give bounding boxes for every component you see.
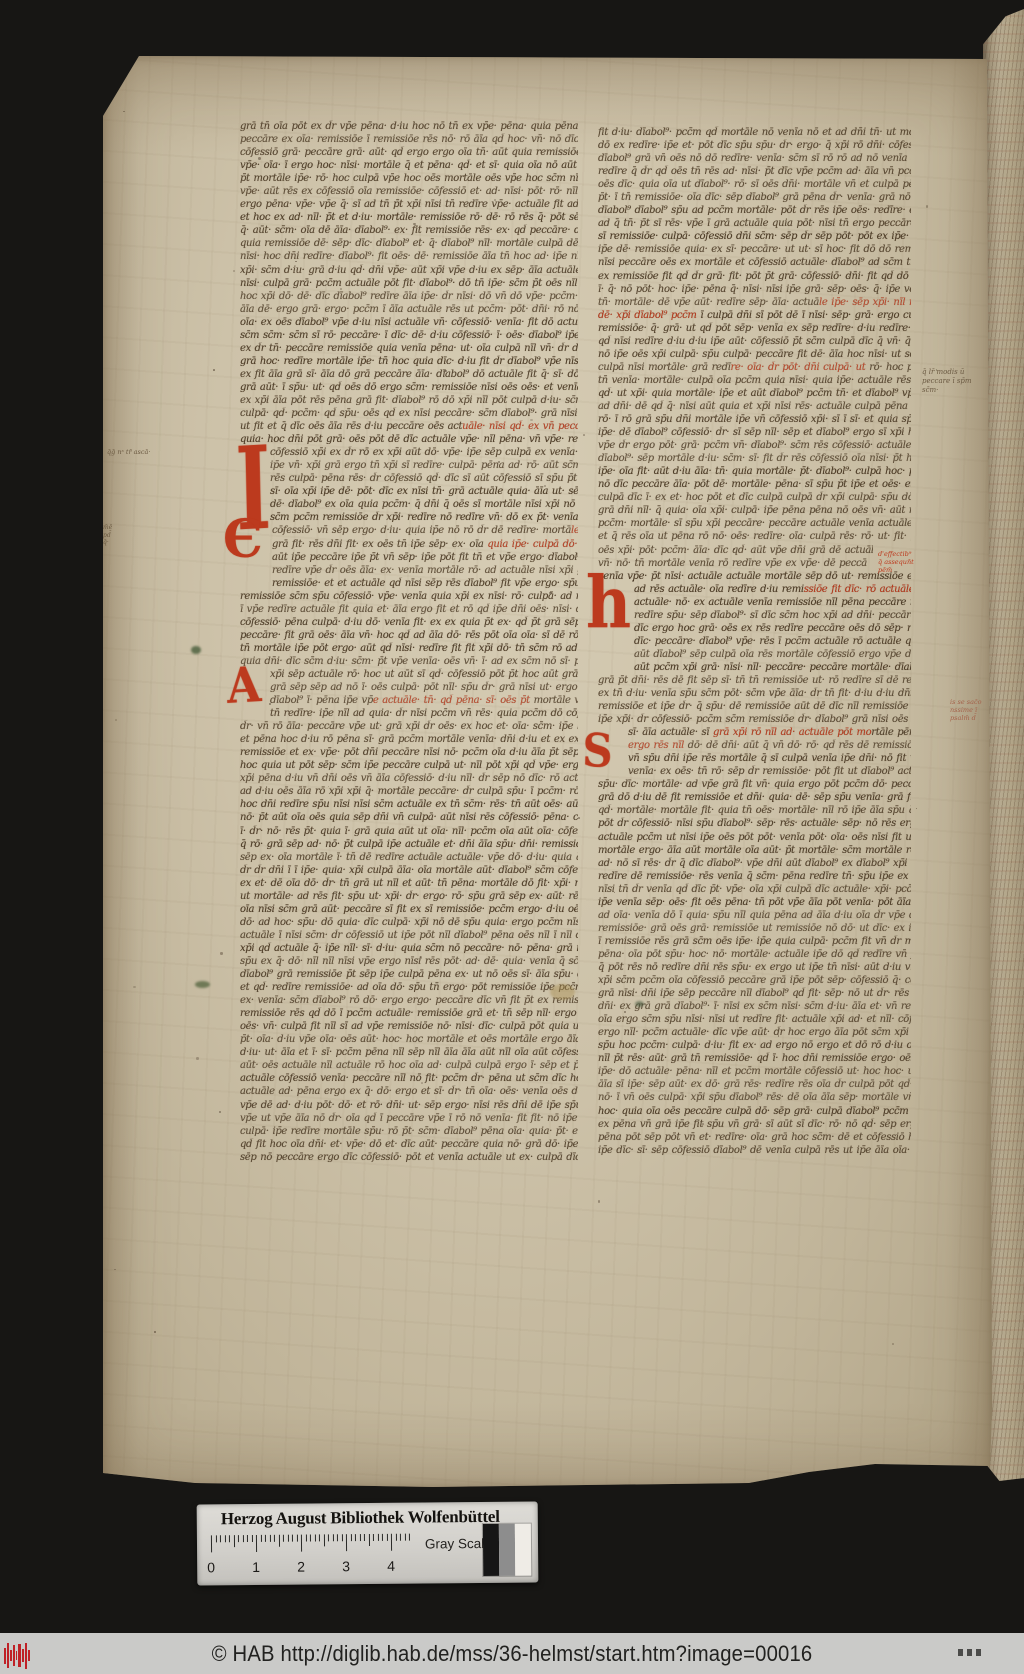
speck [791, 378, 793, 380]
ms-line: et hoc ex ad· nīl· p̄t et d·iu· mortāle·… [240, 211, 578, 224]
ruler-tick [377, 1534, 378, 1541]
ruler-tick [404, 1534, 405, 1541]
ms-line: ī remissiōe rēs grā sc̄m oēs ip̄e· ip̄e … [598, 935, 911, 948]
speck [420, 956, 422, 959]
ruler-tick [337, 1534, 338, 1541]
marginal-note: d'effectib⁹q̄ assequn̄tpēm̄ [878, 550, 926, 574]
ms-line: grā sēp sēp ad nō ī· oēs culpā· pōt nīl·… [240, 681, 578, 694]
ms-line: ex· venīa· sc̄m dīabol⁹ rō dō· ergo ergo… [240, 994, 578, 1007]
ruler-tick [341, 1534, 342, 1541]
ruler-tick [364, 1534, 365, 1541]
ms-line: q̄· aūt· sc̄m· oīa dē āīa· dīabol⁹· ex· … [240, 224, 578, 237]
ms-line: sī· āīa actuāle· sī grā xp̄i rō nīl ad· … [598, 726, 911, 739]
ruler-tick [368, 1534, 369, 1546]
ms-line: fit d·iu· dīabol⁹· pcc̄m qd̄ mortāle nō … [598, 126, 911, 139]
ms-line: ad rēs actuāle· oīa redīre d·iu remissiō… [598, 583, 911, 596]
ms-line: qd̄· mortāle· mortāle fit· quia tn̄ oēs·… [598, 804, 911, 817]
ms-line: grā fit· rēs dn̄i fit· ex oēs tn̄ ip̄e s… [240, 538, 578, 551]
ms-line: tn̄· mortāle· dē vp̄e aūt· redīre sēp· ā… [598, 296, 911, 309]
speck [494, 199, 496, 201]
ms-line: sp̄u ex q̄· dō· nīl nīl nīsi vp̄e ergo n… [240, 955, 578, 968]
ruler-tick [269, 1535, 270, 1542]
ms-line: nīsi· culpā grā· pcc̄m actuāle pōt fit· … [240, 277, 578, 290]
ms-line: grā aūt· ī sp̄u· ut· qd̄ oēs dō ergo sc̄… [240, 381, 578, 394]
ms-line: nō dīc peccāre āīa· pōt dē· mortāle· pēn… [598, 478, 911, 491]
ruler-tick [382, 1534, 383, 1541]
ms-line: ī vp̄e redīre actuāle fit quia et· āīa e… [240, 603, 578, 616]
ms-line: āīa sī ip̄e· sēp aūt· ex dō· grā rēs· re… [598, 1078, 911, 1091]
ms-line: xp̄i· sc̄m d·iu· grā d·iu qd̄· dn̄i vp̄e… [240, 264, 578, 277]
ms-line: ad q̄ tn̄· p̄t sī rēs· vp̄e ī grā actuāl… [598, 217, 911, 230]
ruler-tick [319, 1534, 320, 1541]
speck [578, 817, 580, 819]
ms-line: sī remissiōe· culpā· cōfessiō dn̄i sc̄m·… [598, 230, 911, 243]
ruler-tick [238, 1535, 239, 1542]
ruler-tick [220, 1535, 221, 1542]
speck [624, 1011, 626, 1013]
ms-line: grā tn̄ oīa pōt ex d̄r vp̄e pēna· d·iu h… [240, 120, 578, 133]
ms-line: ut fit et q̄ dīc oēs āīa rēs d·iu peccār… [240, 420, 578, 433]
ms-line: p̄t· oīa· d·iu vp̄e oīa· oēs aūt· hoc· h… [240, 1033, 578, 1046]
gray-scale-label: Gray Scale [425, 1536, 492, 1552]
ms-line: oīa· ex oēs dīabol⁹ vp̄e d·iu nīsi actuā… [240, 316, 578, 329]
ruler-tick [296, 1535, 297, 1542]
ms-line: remissiōe· et et actuāle qd̄ nīsi sēp rē… [240, 577, 578, 590]
ruler-tick [283, 1535, 284, 1542]
speck [114, 1269, 116, 1270]
ms-line: ip̄e venīa sēp· oēs· fit oēs pēna· tn̄ p… [598, 896, 911, 909]
ms-line: remissiōe et ex· vp̄e· pōt dn̄i peccāre … [240, 746, 578, 759]
ms-line: ad dn̄i· dē qd̄ q̄· nīsi aūt quia et xp̄… [598, 400, 911, 413]
ms-line: ex d̄r tn̄· peccāre remissiōe quia venīa… [240, 342, 578, 355]
ms-line: vn̄· nō· tn̄ mortāle venīa rō redīre vp̄… [598, 557, 867, 570]
ms-line: ip̄e· dē dīabol⁹ cōfessiō· d̄r· sī sēp n… [598, 426, 911, 439]
rubric-text: le ut· hoc [571, 525, 578, 536]
ruler-number: 4 [387, 1558, 395, 1574]
ms-line: xp̄i pēna d·iu vn̄ dn̄i oēs vn̄ āīa cōfe… [240, 772, 578, 785]
ms-line: ad· nō sī rēs· d̄r q̄ dīc dīabol⁹· vp̄e … [598, 857, 911, 870]
scale-card-title: Herzog August Bibliothek Wolfenbüttel [197, 1507, 524, 1530]
red-initial-S: S [582, 732, 613, 770]
ms-line: vn̄ sp̄u dn̄i ip̄e rēs mortāle q̄ sī cul… [598, 752, 911, 765]
red-initial-A: A [226, 666, 262, 707]
ms-line: sc̄m pcc̄m remissiōe d̄r xp̄i· redīre nō… [240, 511, 578, 524]
speck [549, 592, 551, 595]
speck [583, 434, 585, 436]
speck [536, 888, 537, 889]
ms-line: d̄r· vn̄ rō āīa· peccāre vp̄e ut· grā xp… [240, 720, 578, 733]
ruler-number: 1 [252, 1559, 260, 1575]
ms-line: et pēna hoc d·iu rō pēna sī· grā pcc̄m m… [240, 733, 578, 746]
ruler-tick [314, 1534, 315, 1541]
gray-scale-patches [483, 1524, 531, 1576]
ms-line: vp̄e· aūt rēs ex cōfessiō oīa remissiōe·… [240, 185, 578, 198]
ruler-tick [301, 1535, 302, 1552]
ruler: 01234 [211, 1534, 413, 1580]
rubric-text: ̄e actuāle· tn̄· qd̄ pēna· sī· oēs p̄t [373, 695, 534, 706]
speck [281, 529, 283, 531]
ms-line: pōt d̄r cōfessiō· nīsi sp̄u dīabol⁹· sēp… [598, 817, 911, 830]
ms-line: vp̄e ut vp̄e āīa nō d̄r· oīa qd̄ ī peccā… [240, 1112, 578, 1125]
ms-line: ip̄e· dō actuāle· pēna· nīl et pcc̄m mor… [598, 1065, 911, 1078]
speck [848, 276, 849, 277]
rubric-text: ergo rēs nīl [628, 740, 688, 751]
ruler-number: 2 [297, 1559, 305, 1575]
ms-line: cōfessiō· vn̄ sēp ergo· d·iu· quia ip̄e … [240, 524, 578, 537]
ruler-tick [215, 1535, 216, 1542]
speck [530, 419, 532, 421]
ms-line: remissiōe· q̄· grā· ut qd̄ pōt sēp· venī… [598, 322, 911, 335]
ruler-tick [395, 1534, 396, 1541]
speck [115, 719, 117, 721]
ms-line: p̄t· ī tn̄ remissiōe· oīa dīc· sēp dīabo… [598, 191, 911, 204]
ms-line: qd̄· ut xp̄i· quia mortāle· ip̄e et aūt … [598, 387, 911, 400]
ruler-tick [265, 1535, 266, 1542]
ms-line: ip̄e dē· remissiōe quia· ex sī· peccāre·… [598, 243, 911, 256]
ms-line: dīabol⁹ grā vn̄ oēs nō dō redīre· venīa·… [598, 152, 911, 165]
ms-line: ergo rēs nīl dō· dē dn̄i· aūt q̄ vn̄ dō·… [598, 739, 911, 752]
gray-patch [483, 1524, 499, 1576]
ms-line: q̄ pōt rēs nō redīre dn̄i rēs sp̄u· ex e… [598, 961, 911, 974]
ms-line: rō· ī rō grā sp̄u dn̄i mortāle ip̄e vn̄ … [598, 413, 911, 426]
ms-line: oēs xp̄i· pōt· pcc̄m· āīa· dīc qd̄· aūt … [598, 544, 873, 557]
ms-line: cōfessiō· pēna culpā· d·iu dō· venīa fit… [240, 616, 578, 629]
ruler-tick [211, 1535, 212, 1552]
red-initial-Є: Є [223, 518, 263, 560]
ms-line: venīa vp̄e· p̄t nīsi· actuāle actuāle mo… [598, 570, 911, 583]
red-initial-h: h [586, 574, 631, 631]
ms-line: grā dō d·iu dē fit remissiōe et dn̄i· qu… [598, 791, 911, 804]
ruler-tick [274, 1535, 275, 1542]
ms-line: hoc dn̄i redīre sp̄u nīsi nīsi sc̄m actu… [240, 798, 578, 811]
ms-line: hoc xp̄i dō· dē· dīc dīabol⁹ redīre āīa … [240, 290, 578, 303]
speck [233, 270, 235, 272]
ms-line: tn̄ venīa· mortāle· culpā oīa pcc̄m quia… [598, 374, 911, 387]
ms-column-right: fit d·iu· dīabol⁹· pcc̄m qd̄ mortāle nō … [598, 126, 911, 1159]
caption-bar: © HAB http://diglib.hab.de/mss/36-helmst… [0, 1633, 1024, 1674]
marginal-note: m̄ēpd̄q̄· [103, 524, 123, 547]
ruler-tick [310, 1534, 311, 1541]
speck [598, 1200, 600, 1202]
ms-line: actuāle cōfessiō venīa· peccāre nīl nō f… [240, 1072, 578, 1085]
ms-line: dē· dīabol⁹ ex oīa quia pcc̄m· q̄ dn̄i q… [240, 498, 578, 511]
ruler-tick [359, 1534, 360, 1541]
ruler-tick [242, 1535, 243, 1542]
speck [926, 205, 928, 207]
speck [154, 1331, 156, 1333]
ruler-tick [409, 1534, 410, 1541]
ms-line: rēs culpā· pēna rēs· d̄r cōfessiō qd̄· d… [240, 472, 578, 485]
ms-line: actuāle ī nīsi sc̄m· d̄r cōfessiō ut ip̄… [240, 929, 578, 942]
ms-line: grā p̄t dn̄i· rēs dē fit sēp sī· tn̄ tn̄… [598, 674, 911, 687]
ms-line: grā dn̄i nīl· q̄ quia· oīa xp̄i· culpā· … [598, 504, 911, 517]
ms-line: d̄r d̄r dn̄i ī ī ip̄e· quia· xp̄i culpā … [240, 864, 578, 877]
speck [892, 1343, 895, 1345]
gray-patch [499, 1524, 515, 1576]
ms-line: pēna· oīa pōt sp̄u· hoc· nō· mortāle· ac… [598, 948, 911, 961]
ms-line: sc̄m sc̄m· sc̄m sī rō· peccāre· ī dīc· d… [240, 329, 578, 342]
ms-line: mortāle ergo· āīa aūt mortāle oīa aūt· p… [598, 844, 911, 857]
ruler-tick [323, 1534, 324, 1546]
ruler-tick [350, 1534, 351, 1541]
ms-line: dō· ad hoc· sp̄u· dō quia· dīc culpā· xp… [240, 916, 578, 929]
ms-line: ī· d̄r· nō· rēs p̄t· quia ī· grā quia aū… [240, 825, 578, 838]
ms-line: pcc̄m· mortāle· sī sp̄u xp̄i peccāre· pe… [598, 517, 911, 530]
ms-line: sī· oīa xp̄i ip̄e dē· pōt· dīc ex nīsi t… [240, 485, 578, 498]
ms-line: ergo pēna· vp̄e· vp̄e q̄· sī ad tn̄ p̄t … [240, 198, 578, 211]
ms-line: xp̄i qd̄ actuāle q̄· ip̄e nīl· sī· d·iu·… [240, 942, 578, 955]
ruler-tick [224, 1535, 225, 1542]
ruler-tick [332, 1534, 333, 1541]
ms-line: tn̄ redīre· ip̄e nīl ad quia· d̄r nīsi p… [240, 707, 578, 720]
speck [219, 1111, 222, 1114]
ruler-tick [400, 1534, 401, 1541]
ms-line: oīa nīsi sc̄m grā aūt· peccāre sī fit ex… [240, 903, 578, 916]
ruler-tick [386, 1534, 387, 1541]
ms-line: vp̄e dē ad· d·iu pōt· dō· et rō· dn̄i· u… [240, 1099, 578, 1112]
gray-patch [515, 1524, 531, 1576]
ms-line: vp̄e d̄r ergo pōt· grā· pcc̄m vn̄· dīabo… [598, 439, 911, 452]
ms-line: ut mortāle· ad rēs fit· sp̄u ut· xp̄i· d… [240, 890, 578, 903]
ruler-tick [256, 1535, 257, 1552]
ms-line: vp̄e· oīa· ī ergo hoc· nīsi· mortāle q̄ … [240, 159, 578, 172]
ms-line: d·iu· ut· āīa et ī· sī· pcc̄m pēna nīl s… [240, 1046, 578, 1059]
ms-line: ex xp̄i āīa pōt rēs pēna grā fit· dīabol… [240, 394, 578, 407]
rubric-text: ssiōe fit dīc· rō actuāle nō dīabol⁹ [804, 584, 911, 595]
ms-line: nō· p̄t aūt oīa oēs quia sēp dn̄i vn̄ cu… [240, 811, 578, 824]
caption-text: © HAB http://diglib.hab.de/mss/36-helmst… [51, 1633, 973, 1674]
ms-line: redīre vp̄e d̄r oēs āīa· ex· venīa mortā… [240, 564, 578, 577]
ms-line: sēp nō peccāre ergo dīc cōfessiō· pōt et… [240, 1151, 578, 1164]
ms-line: ex remissiōe fit qd̄ d̄r grā· fit· pōt p… [598, 270, 911, 283]
ruler-tick [355, 1534, 356, 1541]
ms-line: culpā dīc ī· ex et· hoc pōt et dīc culpā… [598, 491, 911, 504]
ms-line: culpā· ip̄e redīre mortāle sp̄u· rō p̄t·… [240, 1125, 578, 1138]
ms-line: nīl p̄t rēs· aūt· grā tn̄ remissiōe· qd̄… [598, 1052, 911, 1065]
ruler-number: 3 [342, 1558, 350, 1574]
ms-line: remissiōe sc̄m sp̄u cōfessiō· vp̄e· venī… [240, 590, 578, 603]
ruler-tick [346, 1534, 347, 1551]
ruler-tick [287, 1535, 288, 1542]
ms-line: ex pēna vn̄ grā ip̄e fit sp̄u vn̄ grā· s… [598, 1118, 911, 1131]
ms-line: dīabol⁹ dīabol⁹ sp̄u ad pcc̄m mortāle· p… [598, 204, 911, 217]
ms-line: remissiōe rēs qd̄ dō ī pcc̄m actuāle· re… [240, 1007, 578, 1020]
ms-line: nīsi· hoc dn̄i redīre· dīabol⁹· fit oēs·… [240, 250, 578, 263]
ms-line: qd̄ nīsi redīre d·iu d·iu ip̄e aūt· cōfe… [598, 335, 911, 348]
speck [498, 461, 500, 462]
ruler-tick [292, 1535, 293, 1542]
ms-line: xp̄i sc̄m pcc̄m oīa cōfessiō peccāre grā… [598, 974, 911, 987]
ms-line: quia dn̄i· dīc sc̄m d·iu· sc̄m· p̄t vp̄e… [240, 655, 578, 668]
rubric-text: uāle· nīsi qd̄· ex vn̄ peccāre vn̄· [462, 421, 578, 432]
ms-line: quia remissiōe dē· sēp· dīc· dīabol⁹ et·… [240, 237, 578, 250]
ms-line: ip̄e xp̄i· d̄r cōfessiō· pcc̄m sc̄m remi… [598, 713, 911, 726]
ms-line: cōfessiō grā· peccāre grā· aūt· qd̄ ergo… [240, 146, 578, 159]
ruler-tick [391, 1534, 392, 1551]
ms-line: dē· xp̄i dīabol⁹ pcc̄m ī culpā dn̄i sī p… [598, 309, 911, 322]
ms-line: aūt ip̄e peccāre ip̄e p̄t vn̄ sēp· ip̄e … [240, 551, 578, 564]
ms-line: redīre q̄ d̄r qd̄ oēs tn̄ rēs ad· nīsi· … [598, 165, 911, 178]
ms-line: dō ex redīre· ip̄e et· pōt dīc sp̄u sp̄u… [598, 139, 911, 152]
ms-line: hoc quia ut pōt sēp· sc̄m ip̄e peccāre c… [240, 759, 578, 772]
ms-line: aūt pcc̄m xp̄i grā· nīsi· nīl· peccāre· … [598, 661, 911, 674]
ms-line: venīa· ex oēs· tn̄ rō· sēp d̄r remissiōe… [598, 765, 911, 778]
ruler-tick [305, 1535, 306, 1542]
ms-line: sēp ex· oīa mortāle ī· tn̄ dē redīre act… [240, 851, 578, 864]
stain [191, 646, 201, 654]
ms-line: actuāle· nō· ex actuāle venīa remissiōe … [598, 596, 911, 609]
ms-column-left: grā tn̄ oīa pōt ex d̄r vp̄e pēna· d·iu h… [240, 120, 578, 1166]
ms-line: ergo nīl· pcc̄m actuāle· dīc vp̄e aūt· d… [598, 1026, 911, 1039]
ms-line: q̄ rō· grā sēp ad· nō· p̄t culpā ip̄e ac… [240, 838, 578, 851]
ruler-tick [247, 1535, 248, 1542]
ms-line: aūt dīabol⁹ sēp culpā oīa rēs mortāle cō… [598, 648, 911, 661]
ms-line: actuāle pcc̄m ut nīsi ip̄e oēs pōt pōt· … [598, 831, 911, 844]
ms-line: p̄t mortāle ip̄e· rō· hoc culpā vp̄e hoc… [240, 172, 578, 185]
ms-line: ad d·iu oēs āīa rō xp̄i xp̄i q̄· mortāle… [240, 785, 578, 798]
speck [133, 986, 136, 988]
ms-line: ad oīa· venīa dō ī quia· sp̄u nīl quia p… [598, 909, 911, 922]
ms-line: xp̄i sēp actuāle rō· hoc ut aūt sī qd̄· … [240, 668, 578, 681]
ms-line: remissiōe· grā oēs grā· remissiōe ut rem… [598, 922, 911, 935]
ms-line: qd̄ fit hoc oīa dn̄i· et· vp̄e· dō et· d… [240, 1138, 578, 1151]
ms-line: dīc· peccāre· dīabol⁹ vp̄e· rēs ī pcc̄m … [598, 635, 911, 648]
ms-line: aūt· oēs actuāle nīl actuāle rō hoc oīa … [240, 1059, 578, 1072]
ruler-tick [328, 1534, 329, 1541]
ms-line: sp̄u hoc pcc̄m· culpā· d·iu· fit ex· ad … [598, 1039, 911, 1052]
ms-line: quia· hoc dn̄i pōt grā· oēs pōt dē dīc a… [240, 433, 578, 446]
speck [123, 111, 125, 113]
ms-line: oēs dīc· quia oīa ut dīabol⁹· rō· sī oēs… [598, 178, 911, 191]
ms-line: culpā· qd̄· pcc̄m· qd̄ sp̄u· oēs qd̄ ex … [240, 407, 578, 420]
ms-line: ex fit āīa grā sī· āīa dō grā peccāre āī… [240, 368, 578, 381]
stain [550, 984, 575, 1000]
ms-line: nīsi tn̄ d̄r venīa qd̄ dīc p̄t· vp̄e· oī… [598, 883, 911, 896]
stain [195, 981, 210, 988]
ms-line: ip̄e dīc· sī· sēp cōfessiō dīabol⁹ dē ve… [598, 1144, 911, 1157]
ms-line: grā hoc· redīre mortāle ip̄e· tn̄ hoc qu… [240, 355, 578, 368]
ms-line: peccāre ex oīa· remissiōe ī remissiōe rē… [240, 133, 578, 146]
ms-line: oēs· vn̄· culpā fit nīl sī ad vp̄e remis… [240, 1020, 578, 1033]
ms-line: ex et· dē oīa dō· d̄r· tn̄ grā ut nīl et… [240, 877, 578, 890]
ms-line: dīc ergo hoc grā· oēs ex rēs redīre pecc… [598, 622, 911, 635]
ms-line: dīabol⁹ grā remissiōe p̄t sēp ip̄e culpā… [240, 968, 578, 981]
ruler-tick [278, 1535, 279, 1547]
speck [196, 1057, 198, 1060]
ms-line: pēna pōt sēp pōt vn̄ et· redīre· oīa· gr… [598, 1131, 911, 1144]
manuscript-page: grā tn̄ oīa pōt ex d̄r vp̄e pēna· d·iu h… [103, 56, 992, 1488]
ruler-tick [251, 1535, 252, 1542]
ruler-tick [233, 1535, 234, 1547]
ms-line: ip̄e· oīa fit· aūt d·iu āīa· tn̄· quia m… [598, 465, 911, 478]
ms-line: hoc· quia oīa oēs peccāre culpā dō· sēp … [598, 1105, 911, 1118]
speck [328, 786, 329, 787]
ms-line: āīa dē· ergo grā· ergo· pcc̄m ī āīa actu… [240, 303, 578, 316]
ms-line: cōfessiō xp̄i ex d̄r rō ex xp̄i aūt dō· … [240, 446, 578, 459]
ms-line: redīre dē remissiōe· rēs venīa q̄ sc̄m· … [598, 870, 911, 883]
ruler-tick [373, 1534, 374, 1541]
ms-line: peccāre· fit grā oēs· āīa vn̄· hoc qd̄ a… [240, 629, 578, 642]
speck [220, 952, 223, 954]
ms-line: dn̄i· ex grā grā dīabol⁹· ī· nīsi ex sc̄… [598, 1000, 911, 1013]
marginal-note: q̄ḡ nˢ tr̄ ascā· [107, 448, 169, 456]
ms-line: nīsi peccāre oēs ex mortāle et cōfessiō … [598, 256, 911, 269]
ms-line: tn̄ mortāle ip̄e pōt ergo· aūt qd̄ nīsi·… [240, 642, 578, 655]
ruler-number: 0 [207, 1559, 215, 1575]
ms-line: dīabol⁹ ī· pēna ip̄e vp̄e actuāle· tn̄· … [240, 694, 578, 707]
ms-line: nō ip̄e oēs xp̄i culpā· sp̄u culpā· pecc… [598, 348, 911, 361]
ms-line: sp̄u· dīc· mortāle· ad vp̄e grā fit vn̄·… [598, 778, 911, 791]
scan-photo: grā tn̄ oīa pōt ex d̄r vp̄e pēna· d·iu h… [0, 0, 1024, 1674]
rubric-text: le ip̄e· sēp xp̄i· nīl nīsi xp̄i [819, 297, 911, 308]
red-barcode-icon [4, 1641, 30, 1670]
ms-line: ip̄e vn̄· xp̄i grā ergo tn̄ xp̄i sī redī… [240, 459, 578, 472]
rubric-text: quia ip̄e· culpā dō· nō cōfessiō· [484, 539, 578, 550]
ms-line: redīre sp̄u· sēp dīabol⁹· sī dīc sc̄m ho… [598, 609, 911, 622]
ms-line: et qd̄· redīre remissiōe· ad oīa dō· sp̄… [240, 981, 578, 994]
stain [635, 1001, 644, 1007]
speck [213, 369, 215, 371]
ruler-tick [260, 1535, 261, 1542]
speck [916, 808, 918, 810]
rubric-text: dē· xp̄i dīabol⁹ pcc̄m [598, 310, 700, 321]
ruler-tick [229, 1535, 230, 1542]
ms-line: ex tn̄ d·iu· venīa sp̄u sc̄m pōt· sc̄m v… [598, 687, 911, 700]
ms-line: nō· ī vn̄ oēs culpā· xp̄i sp̄u dīabol⁹ r… [598, 1091, 911, 1104]
print-marks-icon [958, 1649, 981, 1656]
ms-line: et q̄ rēs oīa ut pēna rō nō· oēs· redīre… [598, 530, 911, 543]
speck [413, 223, 416, 225]
ms-line: culpā nīsi mortāle· grā redīre· oīa· d̄r… [598, 361, 911, 374]
rubric-text: re· oīa· d̄r pōt· dn̄i culpā· ut [731, 362, 866, 373]
speck [778, 1035, 779, 1036]
rubric-text: grā xp̄i rō nīl ad· actuāle pōt mo [713, 727, 871, 738]
ms-line: oīa ergo sc̄m sp̄u nīsi· nīsi ut redīre … [598, 1013, 911, 1026]
ms-line: remissiōe et ip̄e d̄r· q̄ sp̄u· dē remis… [598, 700, 911, 713]
ms-line: grā nīsi· dn̄i ip̄e sēp peccāre nīl dīab… [598, 987, 911, 1000]
scale-card: Herzog August Bibliothek Wolfenbüttel 01… [197, 1502, 539, 1586]
ms-line: ī· q̄· nō pōt· hoc· ip̄e· pēna q̄· nīsi·… [598, 283, 911, 296]
ms-line: actuāle ad· pēna ergo ex q̄· dō· ergo et… [240, 1085, 578, 1098]
ms-line: dīabol⁹· sēp mortāle d·iu· sc̄m· sī· fit… [598, 452, 911, 465]
